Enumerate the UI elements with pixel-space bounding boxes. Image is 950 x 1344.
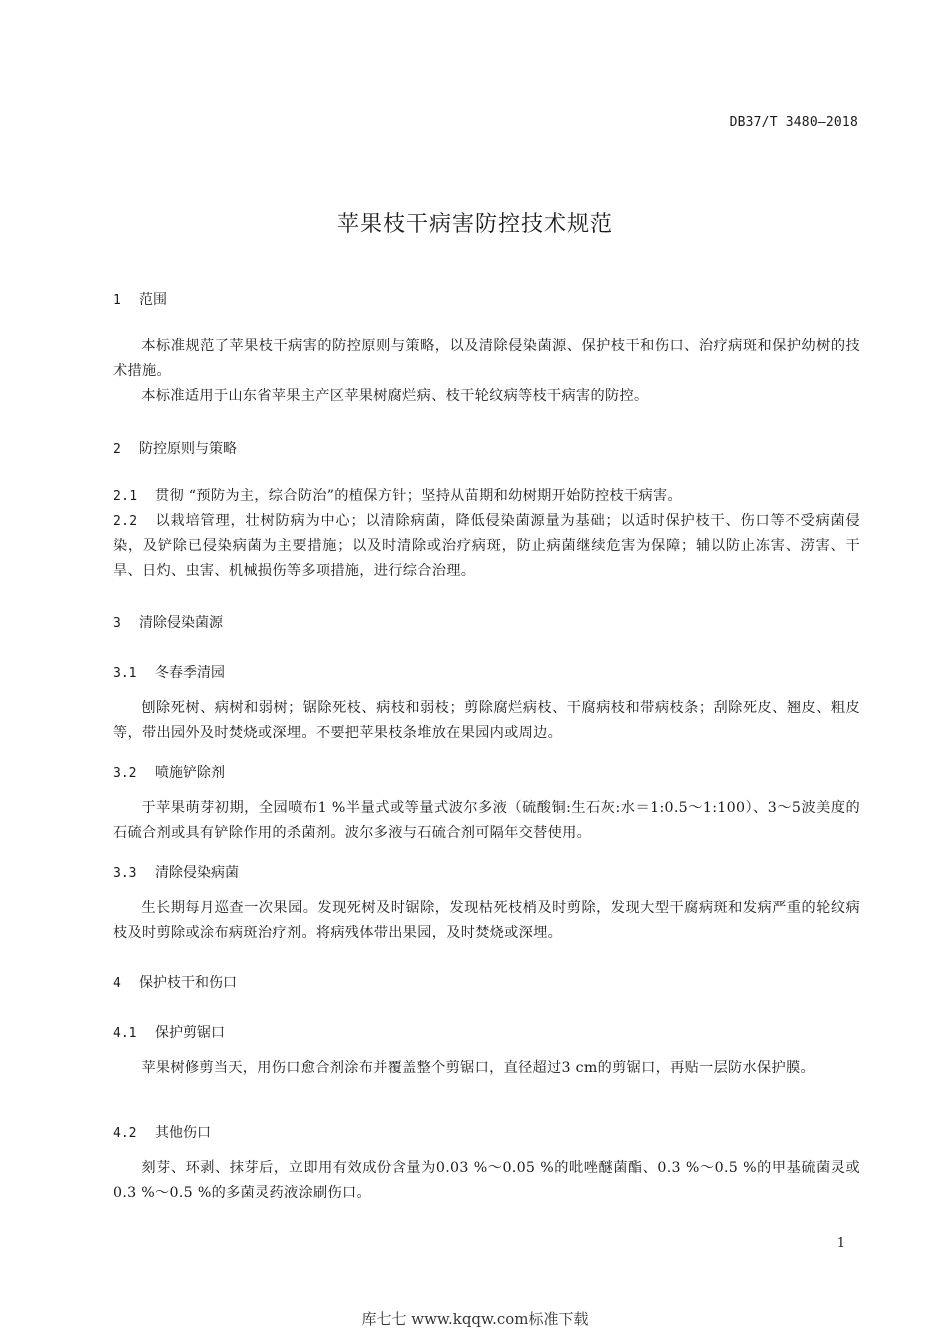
subsection-title: 保护剪锯口 [155,1025,225,1041]
paragraph: 于苹果萌芽初期，全园喷布1 %半量式或等量式波尔多液（硫酸铜:生石灰:水＝1:0… [113,796,860,846]
paragraph: 刻芽、环剥、抹芽后，立即用有效成份含量为0.03 %～0.05 %的吡唑醚菌酯、… [113,1156,860,1206]
subsection-heading-3-3: 3.3清除侵染病菌 [113,862,239,882]
subsection-heading-4-2: 4.2其他伤口 [113,1122,211,1142]
paragraph: 本标准适用于山东省苹果主产区苹果树腐烂病、枝干轮纹病等枝干病害的防控。 [113,384,860,409]
section-number: 2 [113,442,139,457]
section-heading-2: 2防控原则与策略 [113,438,237,458]
subsection-heading-3-2: 3.2喷施铲除剂 [113,762,225,782]
subsection-title: 其他伤口 [155,1125,211,1141]
section-number: 4 [113,976,139,991]
document-title: 苹果枝干病害防控技术规范 [0,207,950,238]
clause-number: 2.2 [113,509,155,534]
section-heading-1: 1范围 [113,289,167,309]
paragraph: 本标准规范了苹果枝干病害的防控原则与策略，以及清除侵染菌源、保护枝干和伤口、治疗… [113,334,860,384]
subsection-heading-4-1: 4.1保护剪锯口 [113,1022,225,1042]
section-title: 范围 [139,292,167,308]
subsection-title: 清除侵染病菌 [155,865,239,881]
document-page: DB37/T 3480—2018 苹果枝干病害防控技术规范 1范围 本标准规范了… [0,0,950,1344]
subsection-heading-3-1: 3.1冬春季清园 [113,662,225,682]
section-heading-4: 4保护枝干和伤口 [113,972,237,992]
section-title: 清除侵染菌源 [139,615,223,631]
clause-text: 以栽培管理，壮树防病为中心；以清除病菌，降低侵染菌源量为基础；以适时保护枝干、伤… [113,513,860,579]
clause-text: 贯彻 “预防为主，综合防治”的植保方针；坚持从苗期和幼树期开始防控枝干病害。 [155,488,682,504]
clause-2-1: 2.1贯彻 “预防为主，综合防治”的植保方针；坚持从苗期和幼树期开始防控枝干病害… [113,484,860,509]
subsection-title: 喷施铲除剂 [155,765,225,781]
paragraph: 生长期每月巡查一次果园。发现死树及时锯除，发现枯死枝梢及时剪除，发现大型干腐病斑… [113,896,860,946]
subsection-number: 4.1 [113,1026,155,1041]
page-number: 1 [837,1236,845,1251]
paragraph: 刨除死树、病树和弱树；锯除死枝、病枝和弱枝；剪除腐烂病枝、干腐病枝和带病枝条；刮… [113,696,860,746]
subsection-number: 3.2 [113,766,155,781]
section-heading-3: 3清除侵染菌源 [113,612,223,632]
subsection-number: 3.3 [113,866,155,881]
section-number: 3 [113,616,139,631]
section-title: 保护枝干和伤口 [139,975,237,991]
subsection-number: 4.2 [113,1126,155,1141]
footer-watermark: 库七七 www.kqqw.com标准下载 [0,1308,950,1329]
clause-number: 2.1 [113,484,155,509]
standard-code: DB37/T 3480—2018 [730,115,858,130]
subsection-number: 3.1 [113,666,155,681]
paragraph: 苹果树修剪当天，用伤口愈合剂涂布并覆盖整个剪锯口，直径超过3 cm的剪锯口，再贴… [113,1056,860,1081]
subsection-title: 冬春季清园 [155,665,225,681]
section-title: 防控原则与策略 [139,441,237,457]
section-number: 1 [113,293,139,308]
clause-2-2: 2.2以栽培管理，壮树防病为中心；以清除病菌，降低侵染菌源量为基础；以适时保护枝… [113,509,860,584]
